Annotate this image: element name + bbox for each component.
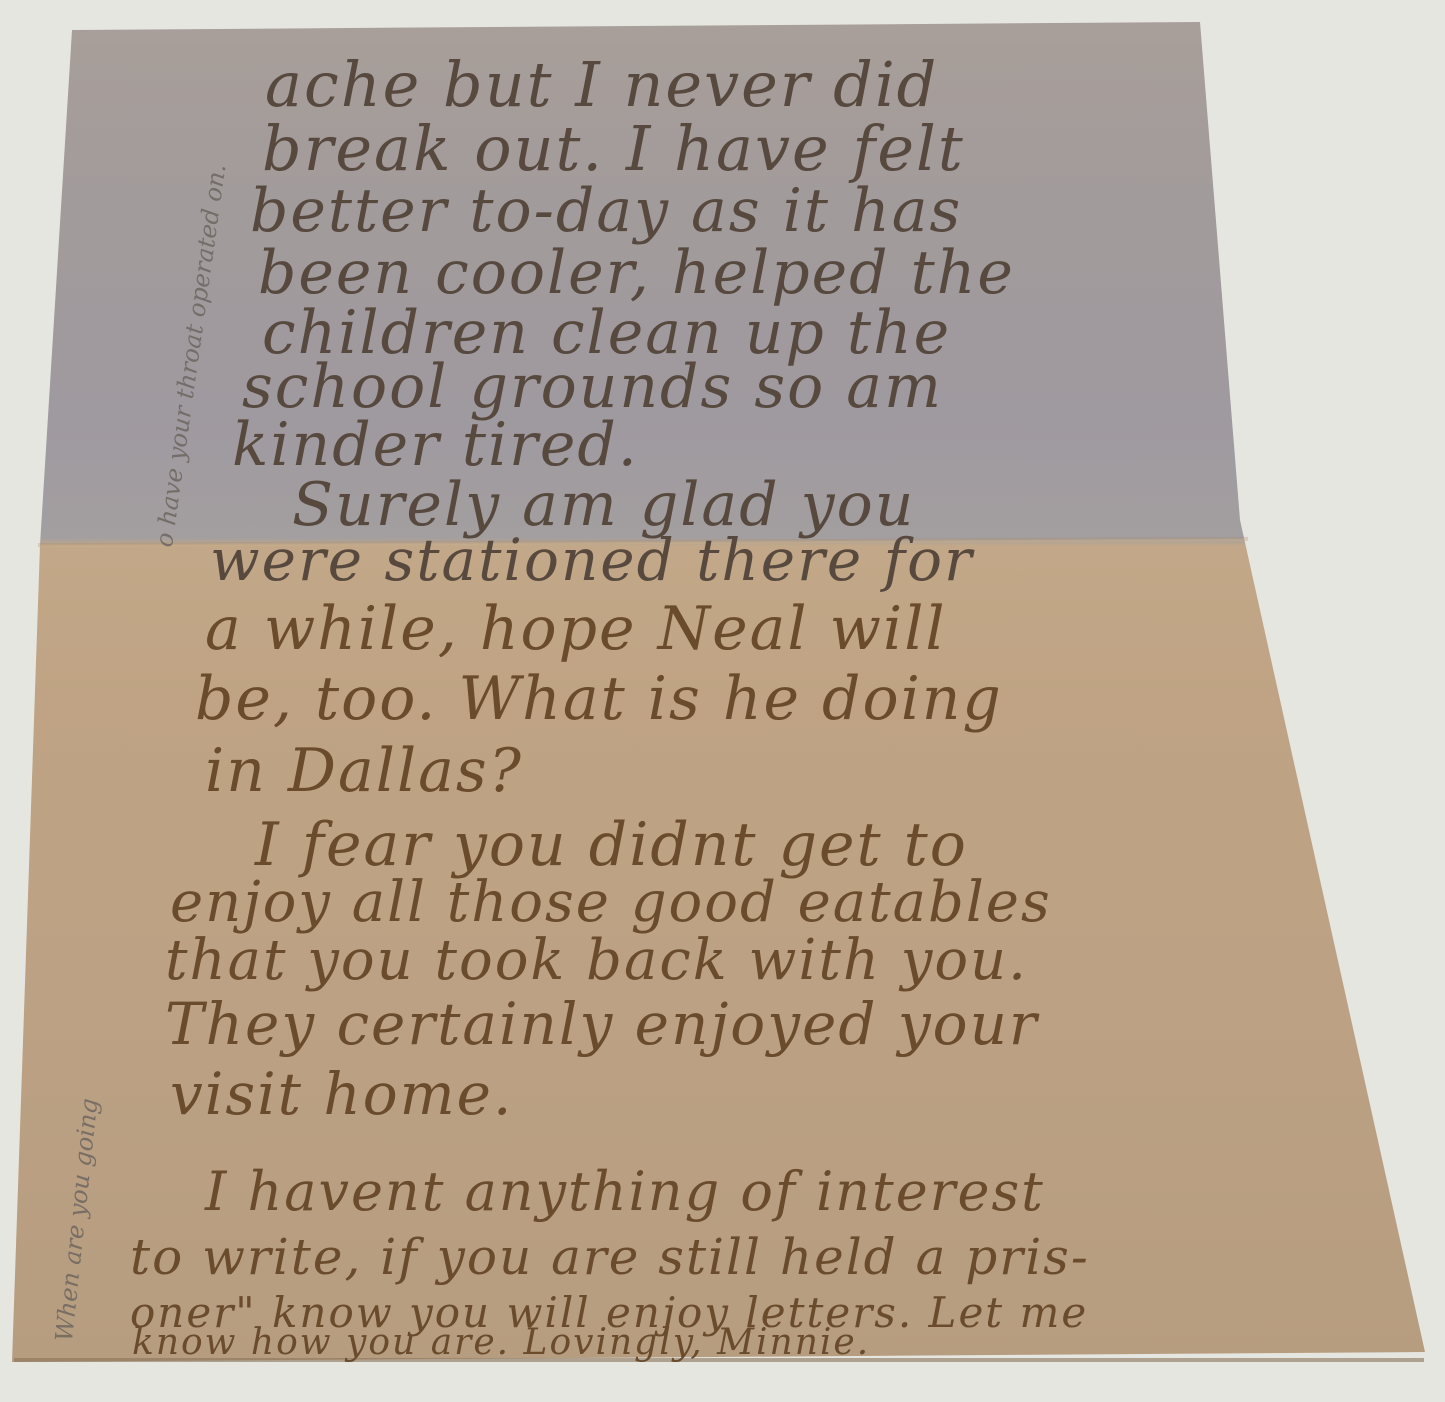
letter-line signature-line: know how you are. Lovingly, Minnie. xyxy=(132,1322,870,1363)
letter-line: in Dallas? xyxy=(205,736,523,806)
letter-line: I havent anything of interest xyxy=(205,1160,1045,1223)
letter-line: that you took back with you. xyxy=(165,928,1028,993)
letter-line: They certainly enjoyed your xyxy=(165,990,1039,1058)
letter-line: better to-day as it has xyxy=(250,176,962,246)
letter-body: ache but I never did break out. I have f… xyxy=(0,0,1445,1402)
letter-line: were stationed there for xyxy=(210,526,974,594)
margin-note-lower: When are you going xyxy=(50,1097,103,1343)
letter-line: to write, if you are still held a pris- xyxy=(130,1228,1090,1286)
letter-line: enjoy all those good eatables xyxy=(170,870,1052,935)
margin-note-upper: o have your throat operated on. xyxy=(150,162,232,549)
letter-line: ache but I never did xyxy=(265,48,938,121)
letter-line: be, too. What is he doing xyxy=(195,664,1003,734)
letter-line: break out. I have felt xyxy=(262,112,965,185)
letter-line: visit home. xyxy=(170,1060,513,1128)
letter-line: a while, hope Neal will xyxy=(205,594,947,664)
